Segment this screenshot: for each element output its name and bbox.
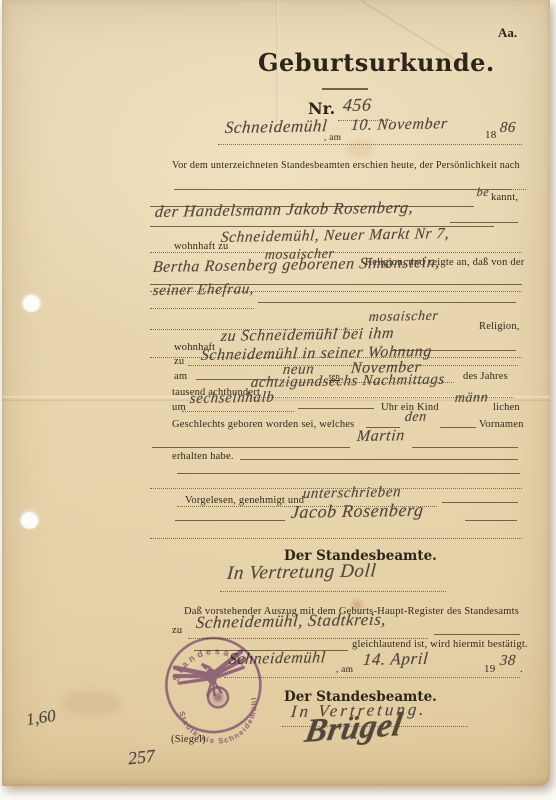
declarant-signature: Jacob Rosenberg [290, 500, 425, 523]
head-year-printed: 18 [485, 129, 496, 141]
number-note: 257 [127, 746, 156, 770]
lichen-label: lichen [493, 402, 520, 413]
stain [62, 690, 122, 716]
rule [175, 520, 285, 521]
scanned-document: Aa. Geburtsurkunde. Nr. 456 Schneidemühl… [0, 0, 556, 800]
document-title: Geburtsurkunde. [258, 48, 495, 77]
des-jahres-label: des Jahres [463, 371, 508, 382]
bekannt-printed: kannt, [491, 192, 518, 203]
gender-written: männ [454, 390, 489, 407]
declarant-name: der Handelsmann Jakob Rosenberg, [154, 197, 414, 222]
birth-time: sechseinhalb [189, 389, 275, 408]
rule [434, 634, 520, 635]
head-am-label: , am [324, 133, 341, 143]
rule [412, 447, 518, 448]
mother-relation: seiner Ehefrau, [152, 281, 255, 300]
rule-tail [510, 189, 526, 190]
erhalten-label: erhalten habe. [172, 451, 234, 462]
official-signature: Brügel [302, 707, 406, 751]
certification-zu-label: zu [172, 625, 182, 636]
certification-line2: gleichlautend ist, wird hiermit bestätig… [352, 639, 528, 650]
be-written: be [476, 185, 490, 200]
rule [182, 411, 294, 412]
head-place: Schneidemühl [224, 116, 328, 138]
rule [152, 447, 350, 448]
rule [150, 252, 522, 253]
rule [240, 459, 518, 460]
rule [442, 502, 518, 503]
rule [465, 520, 517, 521]
religion2-written: mosaischer [368, 309, 439, 326]
mother-name: Bertha Rosenberg geborenen Simonstein, [152, 254, 441, 277]
vorgelesen-label: Vorgelesen, genehmigt und [185, 495, 304, 506]
rule [258, 302, 516, 303]
am-label: am [174, 371, 187, 382]
mother-residence: zu Schneidemühl bei ihm [220, 325, 395, 346]
nr-value: 456 [342, 94, 373, 116]
head-underline [218, 144, 522, 145]
rule [174, 189, 510, 190]
certification-year-printed: 19 [484, 663, 495, 675]
rule [220, 591, 446, 592]
head-date: 10. November [350, 115, 449, 135]
nr-label: Nr. [308, 99, 335, 118]
den-written: den [404, 410, 427, 426]
certification-year-written: 38 [499, 653, 517, 670]
geschlechts-line: Geschlechts geboren worden sei, welches [172, 419, 354, 430]
rule-short [450, 222, 518, 223]
rule [440, 427, 476, 428]
zu-label: zu [174, 356, 184, 367]
certification-date: 14. April [362, 649, 429, 670]
certification-am-label: , am [336, 665, 353, 675]
fee-note: 1,60 [25, 706, 58, 730]
head-year-written: 86 [499, 120, 517, 137]
paper: Aa. Geburtsurkunde. Nr. 456 Schneidemühl… [2, 0, 550, 786]
certification-period: . [520, 663, 523, 675]
birth-year-written: achtzigundsechs Nachmittags [250, 372, 446, 392]
corner-mark: Aa. [498, 25, 517, 41]
rule [298, 408, 374, 409]
rule [150, 538, 522, 539]
vornamen-label: Vornamen [479, 419, 524, 430]
stain [347, 140, 373, 158]
punch-hole-bottom [20, 510, 39, 529]
vertretung1-signature: In Vertretung Doll [226, 560, 377, 585]
religion2-printed: Religion, [479, 321, 520, 332]
declarant-address: Schneidemühl, Neuer Markt Nr 7, [220, 225, 450, 247]
intro-line: Vor dem unterzeichneten Standesbeamten e… [172, 160, 520, 171]
rule [150, 308, 254, 309]
official-stamp: Standesamt Stadtkreis Schneidemühl [146, 620, 281, 755]
title-rule [322, 88, 368, 90]
rule [177, 473, 520, 474]
punch-hole-top [22, 293, 41, 312]
child-name: Martin [356, 427, 406, 446]
